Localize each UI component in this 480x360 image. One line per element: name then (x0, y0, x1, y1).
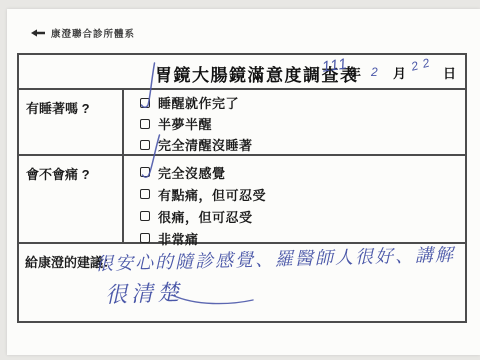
question-label-sleep: 有睡著嗎 ? (19, 90, 124, 154)
option-label: 完全清醒沒睡著 (158, 135, 253, 154)
clinic-logo-arrow-icon (30, 28, 46, 38)
option-row: 完全沒感覺 (140, 161, 465, 183)
handwritten-day-value: 22 (410, 54, 436, 73)
question-row-sleep: 有睡著嗎 ? 睡醒就作完了 半夢半醒 完全清醒沒睡著 (19, 90, 465, 156)
checkbox-icon-checked (140, 98, 150, 108)
handwritten-suggestion-line2: 很清楚 (104, 276, 183, 310)
handwritten-year-value: 111 (321, 55, 349, 75)
clinic-logo: 康澄聯合診所體系 (30, 26, 135, 40)
option-label: 睡醒就作完了 (158, 93, 239, 112)
option-row: 有點痛，但可忍受 (140, 183, 465, 205)
checkbox-icon (140, 189, 150, 199)
handwritten-month-value: 2 (371, 65, 378, 79)
question-options-sleep: 睡醒就作完了 半夢半醒 完全清醒沒睡著 (124, 90, 465, 154)
option-row: 半夢半醒 (140, 113, 465, 134)
checkbox-icon-checked (140, 167, 150, 177)
month-label: 月 (393, 63, 406, 82)
option-row: 完全清醒沒睡著 (140, 134, 465, 155)
question-row-pain: 會不會痛 ? 完全沒感覺 有點痛，但可忍受 很痛，但可忍受 非常痛 (19, 156, 465, 244)
checkbox-icon (140, 140, 150, 150)
form-title-row: 胃鏡大腸鏡滿意度調查表 111 年 2 月 22 日 (19, 55, 465, 90)
option-label: 有點痛，但可忍受 (158, 185, 266, 204)
checkbox-icon (140, 233, 150, 243)
day-label: 日 (443, 63, 456, 82)
checkbox-icon (140, 119, 150, 129)
option-row: 很痛，但可忍受 (140, 205, 465, 227)
suggestion-row: 給康澄的建議： 很安心的隨診感覺、羅醫師人很好、講解 很清楚 (19, 244, 465, 327)
checkbox-icon (140, 211, 150, 221)
year-label: 年 (348, 63, 361, 82)
question-label-pain: 會不會痛 ? (19, 156, 124, 242)
question-options-pain: 完全沒感覺 有點痛，但可忍受 很痛，但可忍受 非常痛 (124, 156, 465, 242)
option-row: 睡醒就作完了 (140, 92, 465, 113)
option-label: 完全沒感覺 (158, 163, 226, 182)
survey-form-table: 胃鏡大腸鏡滿意度調查表 111 年 2 月 22 日 有睡著嗎 ? 睡醒就作完了… (17, 53, 467, 323)
option-label: 很痛，但可忍受 (158, 207, 253, 226)
handwritten-suggestion-line1: 很安心的隨診感覺、羅醫師人很好、講解 (95, 240, 476, 276)
clinic-logo-text: 康澄聯合診所體系 (51, 26, 135, 40)
option-label: 半夢半醒 (158, 114, 212, 133)
